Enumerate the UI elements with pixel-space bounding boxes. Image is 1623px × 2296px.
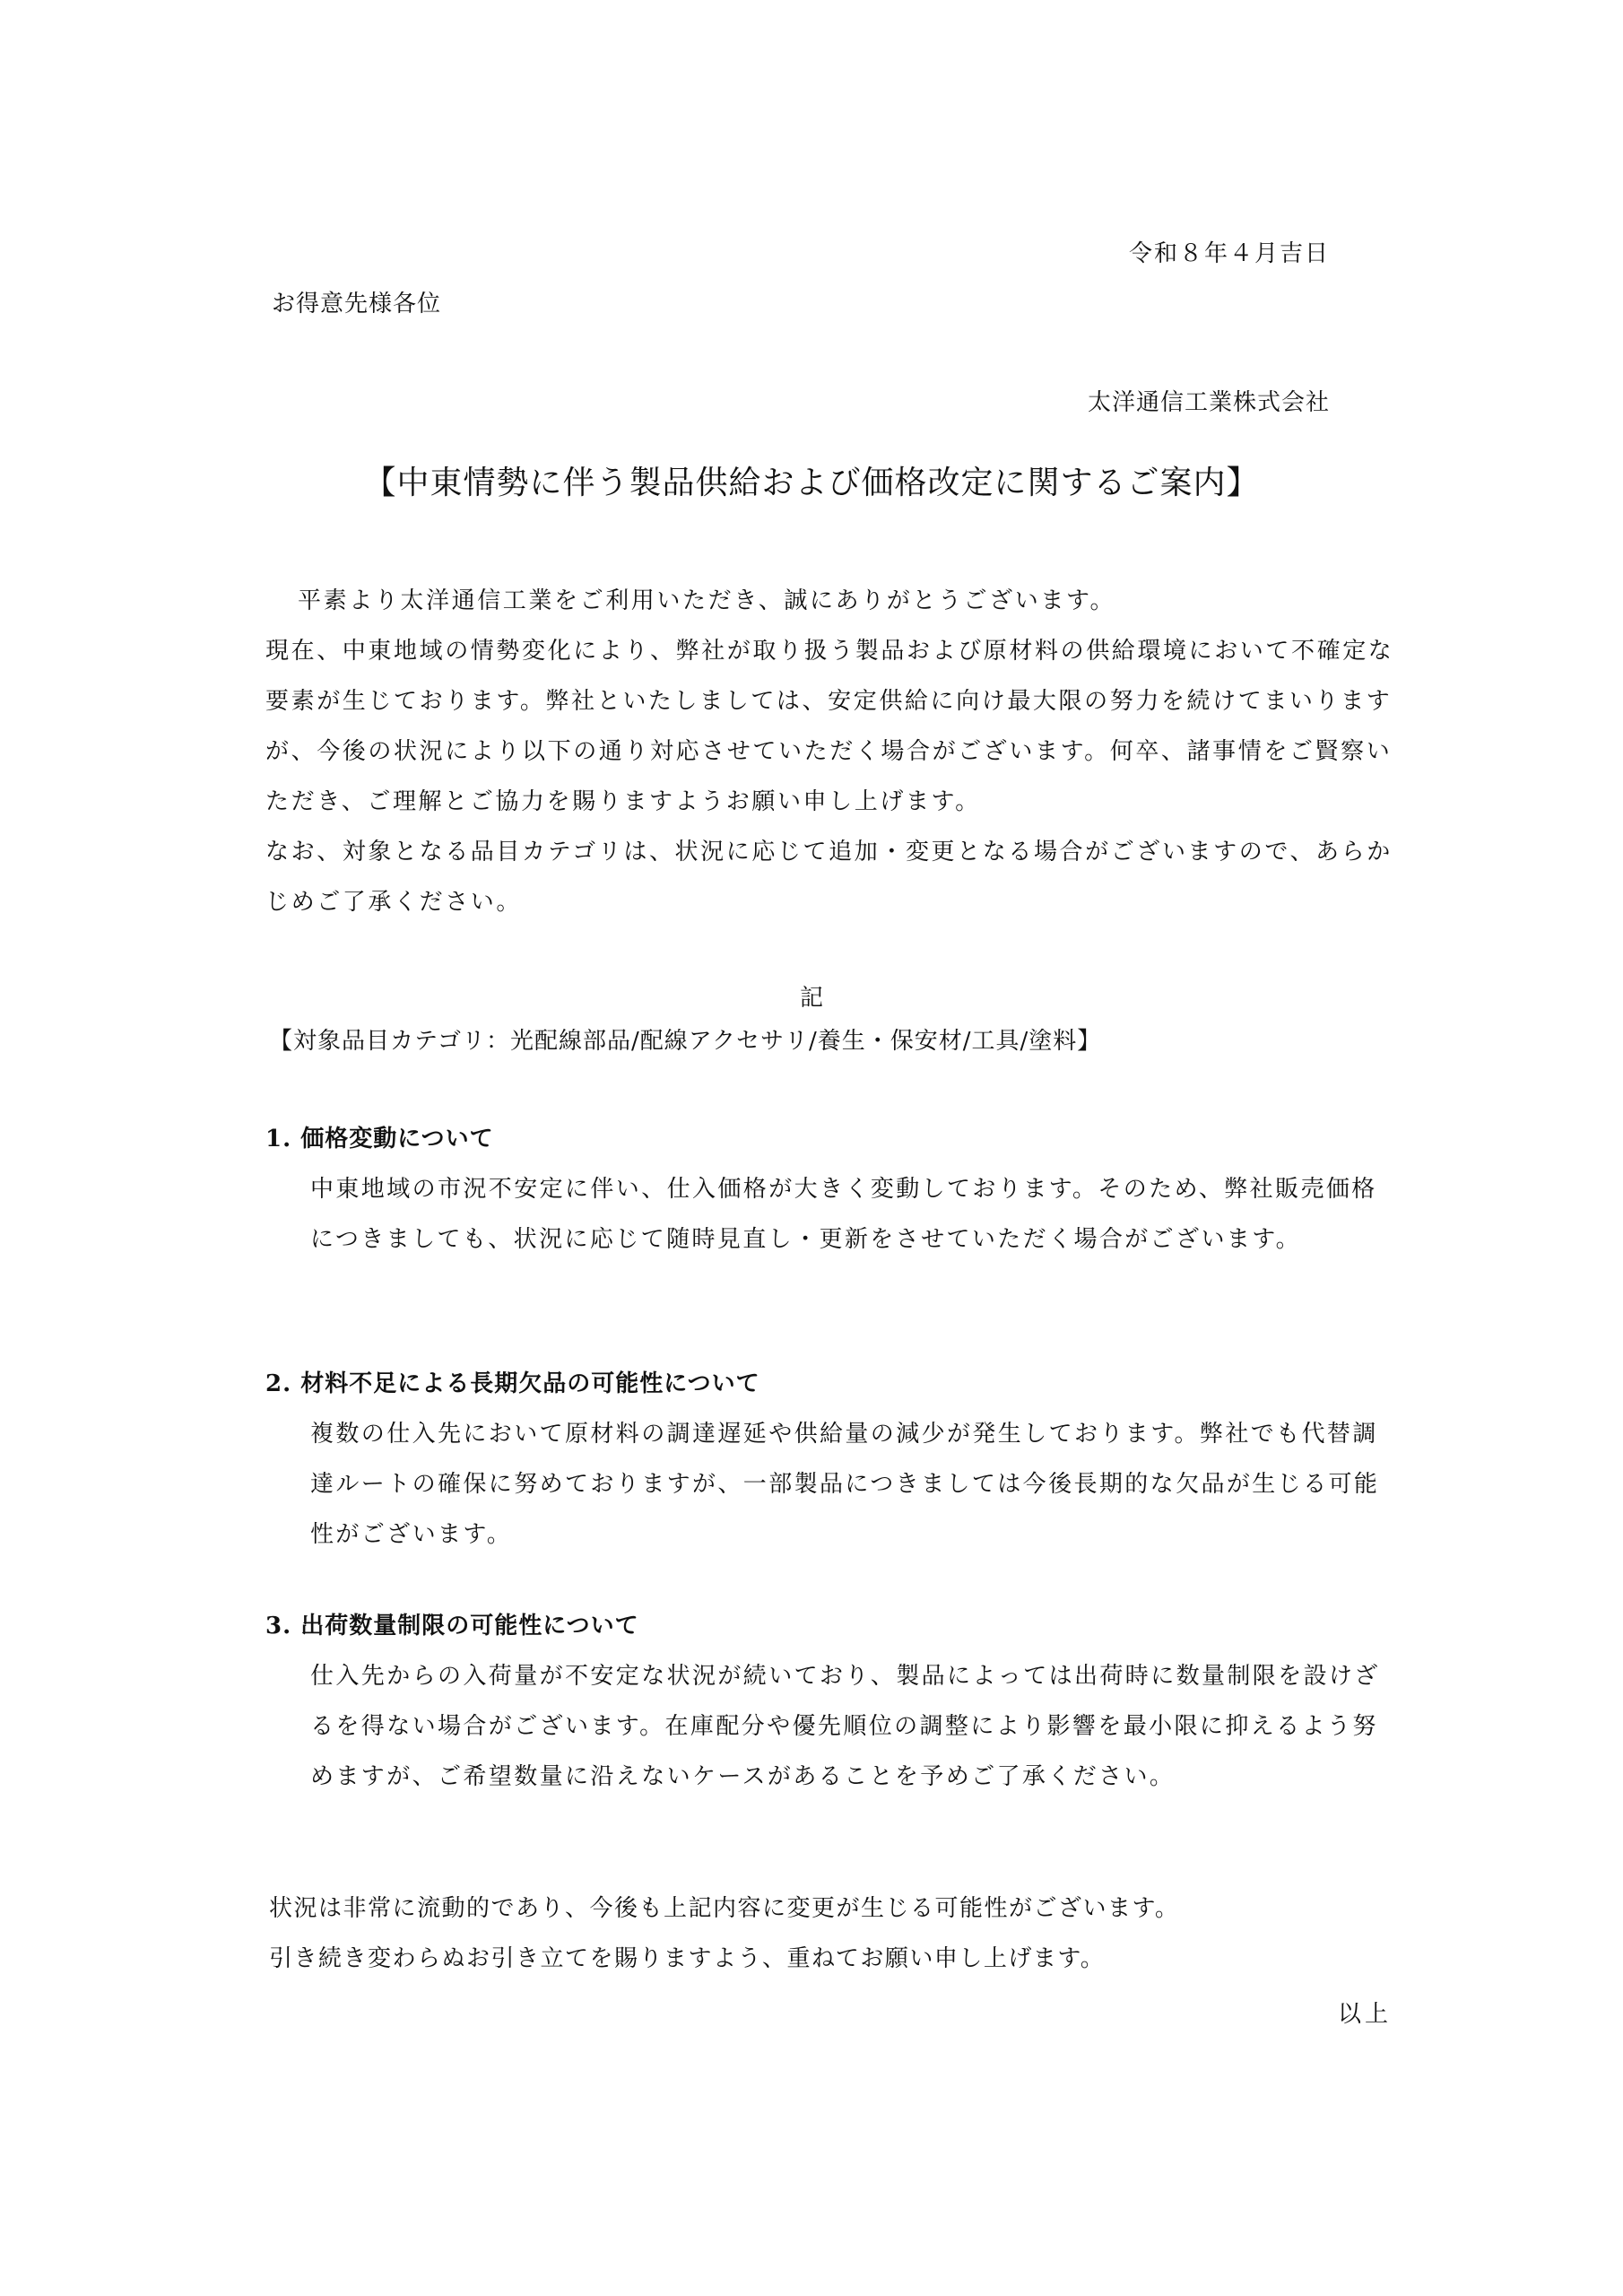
section-shipment-limit: 3. 出荷数量制限の可能性について 仕入先からの入荷量が不安定な状況が続いており… — [265, 1601, 1404, 1802]
closing-line-1: 状況は非常に流動的であり、今後も上記内容に変更が生じる可能性がございます。 — [269, 1883, 1179, 1934]
section-body: 複数の仕入先において原材料の調達遅延や供給量の減少が発生しております。弊社でも代… — [265, 1409, 1391, 1560]
section-body: 仕入先からの入荷量が不安定な状況が続いており、製品によっては出荷時に数量制限を設… — [265, 1651, 1391, 1802]
intro-paragraph-2: なお、対象となる品目カテゴリは、状況に応じて追加・変更となる場合がございますので… — [265, 827, 1395, 927]
addressee: お得意先様各位 — [272, 285, 441, 318]
document-title: 【中東情勢に伴う製品供給および価格改定に関するご案内】 — [0, 457, 1623, 503]
section-material-shortage: 2. 材料不足による長期欠品の可能性について 複数の仕入先において原材料の調達遅… — [265, 1359, 1404, 1560]
greeting-text: 平素より太洋通信工業をご利用いただき、誠にありがとうございます。 — [265, 576, 1395, 626]
intro-paragraph-1: 現在、中東地域の情勢変化により、弊社が取り扱う製品および原材料の供給環境において… — [265, 626, 1395, 827]
section-heading: 2. 材料不足による長期欠品の可能性について — [265, 1359, 1404, 1409]
section-price-fluctuation: 1. 価格変動について 中東地域の市況不安定に伴い、仕入価格が大きく変動しており… — [265, 1114, 1404, 1265]
end-mark: 以上 — [1338, 1996, 1392, 2029]
ki-marker: 記 — [0, 979, 1623, 1013]
target-categories: 【対象品目カテゴリ：光配線部品/配線アクセサリ/養生・保安材/工具/塗料】 — [269, 1022, 1101, 1056]
sender-company: 太洋通信工業株式会社 — [1088, 384, 1330, 417]
closing-line-2: 引き続き変わらぬお引き立てを賜りますよう、重ねてお願い申し上げます。 — [269, 1934, 1179, 1984]
section-heading: 1. 価格変動について — [265, 1114, 1404, 1164]
intro-block: 平素より太洋通信工業をご利用いただき、誠にありがとうございます。 現在、中東地域… — [265, 576, 1395, 927]
closing-block: 状況は非常に流動的であり、今後も上記内容に変更が生じる可能性がございます。 引き… — [269, 1883, 1179, 1984]
document-date: 令和８年４月吉日 — [1129, 235, 1330, 268]
section-heading: 3. 出荷数量制限の可能性について — [265, 1601, 1404, 1651]
section-body: 中東地域の市況不安定に伴い、仕入価格が大きく変動しております。そのため、弊社販売… — [265, 1164, 1391, 1265]
